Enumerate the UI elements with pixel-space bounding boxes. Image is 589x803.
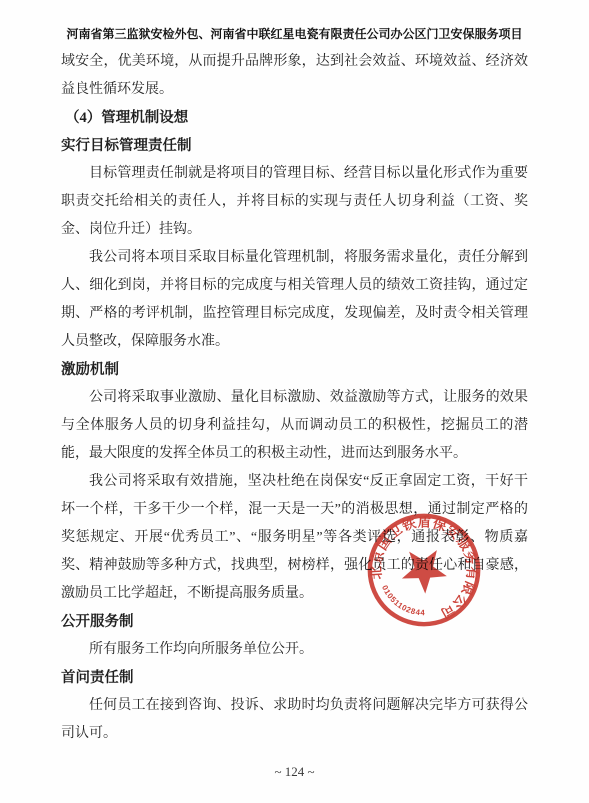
section-heading: （4）管理机制设想 [61,104,528,132]
paragraph: 公司将采取事业激励、量化目标激励、效益激励等方式，让服务的效果与全体服务人员的切… [61,384,528,468]
paragraph: 任何员工在接到咨询、投诉、求助时均负责将问题解决完毕方可获得公司认可。 [61,692,528,748]
paragraph: 目标管理责任制就是将项目的管理目标、经营目标以量化形式作为重要职责交托给相关的责… [61,160,528,244]
paragraph: 我公司将本项目采取目标量化管理机制，将服务需求量化，责任分解到人、细化到岗，并将… [61,244,528,356]
page-number: ~ 124 ~ [0,764,589,780]
document-body: 域安全，优美环境，从而提升品牌形象，达到社会效益、环境效益、经济效益良性循环发展… [61,48,528,748]
paragraph: 我公司将采取有效措施，坚决杜绝在岗保安“反正拿固定工资，干好干坏一个样，干多干少… [61,468,528,608]
paragraph: 所有服务工作均向所服务单位公开。 [61,636,528,664]
document-page: 河南省第三监狱安检外包、河南省中联红星电瓷有限责任公司办公区门卫安保服务项目 域… [0,0,589,803]
subsection-heading: 首问责任制 [61,664,528,692]
paragraph: 域安全，优美环境，从而提升品牌形象，达到社会效益、环境效益、经济效益良性循环发展… [61,48,528,104]
doc-header-title: 河南省第三监狱安检外包、河南省中联红星电瓷有限责任公司办公区门卫安保服务项目 [61,20,528,48]
subsection-heading: 公开服务制 [61,608,528,636]
subsection-heading: 激励机制 [61,356,528,384]
subsection-heading: 实行目标管理责任制 [61,132,528,160]
